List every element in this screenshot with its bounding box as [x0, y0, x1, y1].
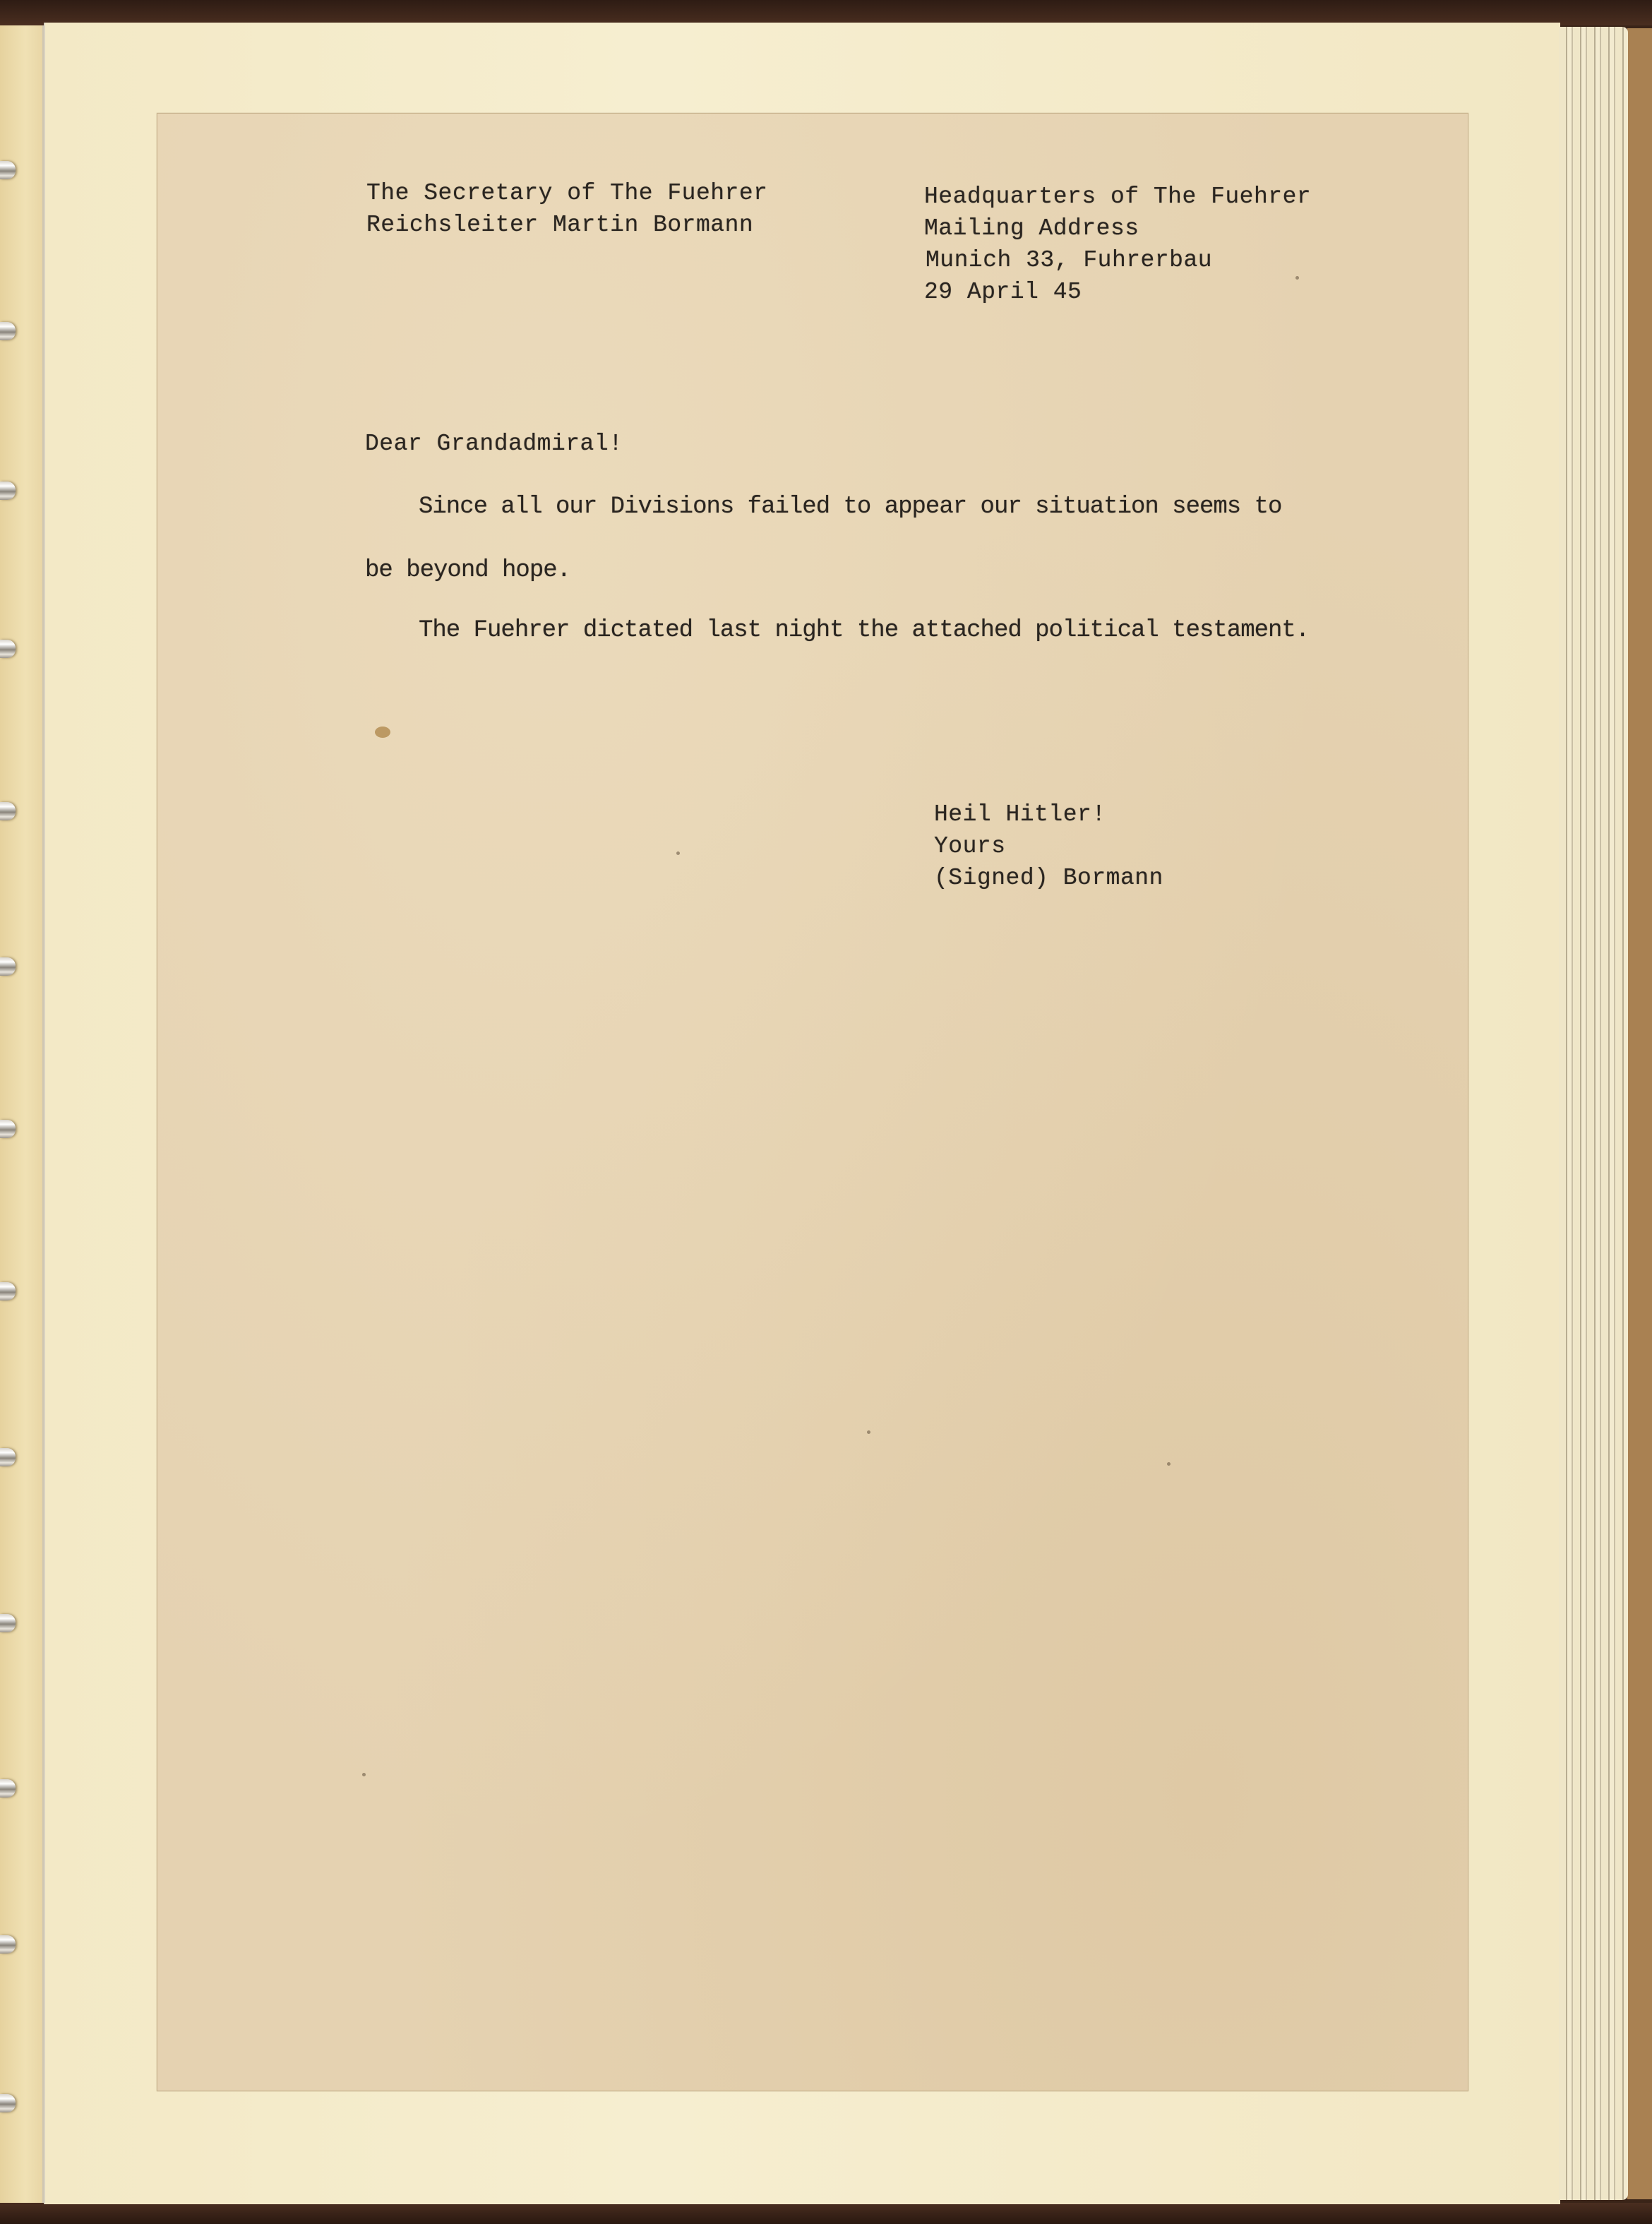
address-line: Munich 33, Fuhrerbau [926, 244, 1212, 276]
binder-spine [0, 25, 44, 2203]
paper-stain [375, 727, 390, 738]
address-line: Mailing Address [924, 213, 1139, 244]
closing-line: Yours [934, 830, 1006, 862]
closing-line: Heil Hitler! [934, 799, 1106, 830]
binder-ring-icon [0, 1282, 16, 1301]
sender-line: Reichsleiter Martin Bormann [366, 209, 753, 241]
binder-ring-icon [0, 1120, 16, 1138]
binder-ring-icon [0, 161, 16, 179]
binder-board-right [1627, 28, 1652, 2199]
binder-ring-icon [0, 2094, 16, 2112]
binder-ring-icon [0, 1614, 16, 1632]
binder-ring-icon [0, 482, 16, 500]
paper-speck [867, 1430, 870, 1434]
binder-ring-icon [0, 1779, 16, 1798]
body-paragraph-line: The Fuehrer dictated last night the atta… [419, 615, 1309, 647]
paper-speck [1167, 1462, 1171, 1466]
body-paragraph-line: Since all our Divisions failed to appear… [419, 491, 1281, 523]
sender-line: The Secretary of The Fuehrer [366, 177, 768, 209]
letter-date: 29 April 45 [924, 276, 1082, 308]
binder-ring-icon [0, 640, 16, 658]
page-edges-stack [1559, 27, 1628, 2200]
paper-speck [676, 851, 680, 855]
binder-ring-icon [0, 802, 16, 820]
signature-line: (Signed) Bormann [934, 862, 1163, 894]
binder-cover-bottom [0, 2203, 1652, 2224]
binder-ring-icon [0, 1935, 16, 1954]
binder-ring-icon [0, 322, 16, 340]
paper-speck [362, 1773, 366, 1776]
binder-ring-icon [0, 957, 16, 976]
address-line: Headquarters of The Fuehrer [924, 181, 1311, 213]
salutation: Dear Grandadmiral! [365, 428, 623, 460]
body-paragraph-line: be beyond hope. [365, 555, 570, 587]
binder-cover-top [0, 0, 1652, 25]
paper-speck [1295, 276, 1299, 280]
typewritten-letter: The Secretary of The Fuehrer Reichsleite… [157, 113, 1468, 2091]
binder-ring-icon [0, 1448, 16, 1466]
